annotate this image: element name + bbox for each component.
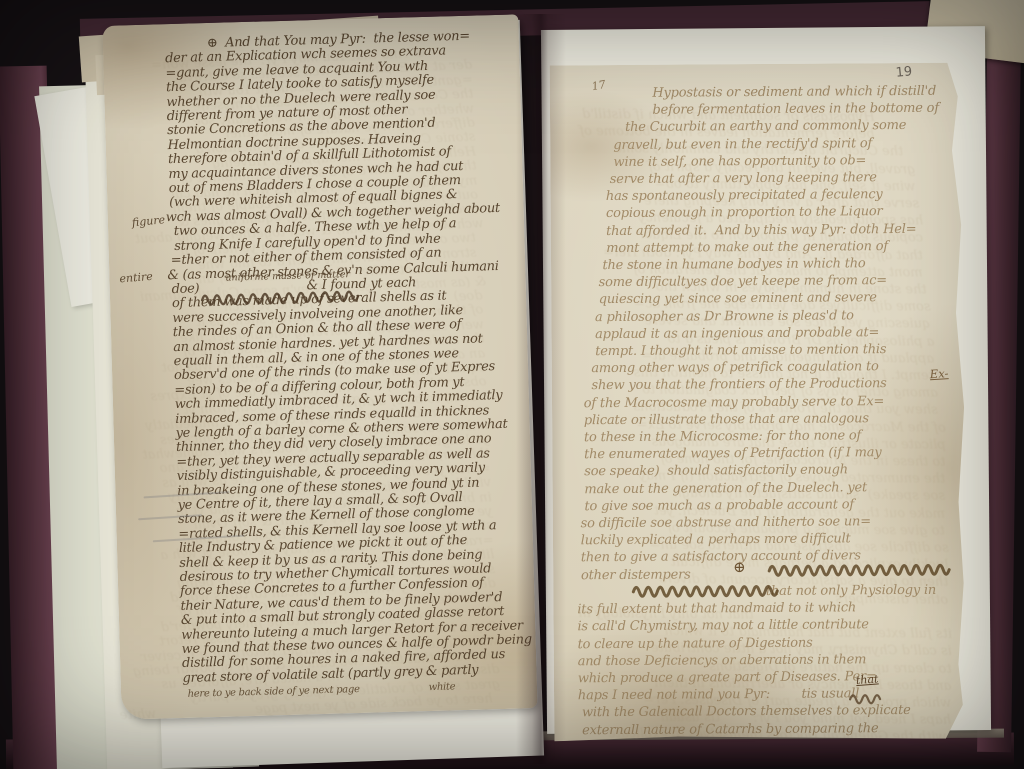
deletion-scribble <box>850 691 884 703</box>
manuscript-page-left: ⊕ And that You may Pyr: the lesse won= d… <box>102 14 537 719</box>
margin-note-ex: Ex- <box>929 366 948 381</box>
manuscript-text-left: ⊕ And that You may Pyr: the lesse won= d… <box>161 28 531 702</box>
manuscript-line: with the Galenicall Doctors themselves t… <box>570 702 966 722</box>
manuscript-line: that afforded it. And by this way Pyr: d… <box>567 220 963 240</box>
margin-note-entire: entire <box>119 270 153 286</box>
manuscript-page-right: Hypostasis or sediment and which if dist… <box>550 63 967 742</box>
manuscript-text-right: Hypostasis or sediment and which if dist… <box>566 83 967 739</box>
folio-number: 17 <box>591 78 607 93</box>
circled-cross-icon: ⊕ <box>733 558 746 576</box>
manuscript-line: the Cucurbit an earthy and commonly some <box>566 117 962 137</box>
page-number: 19 <box>895 64 913 80</box>
interline-correction: that <box>855 672 878 687</box>
photo-background: ⊕ And that You may Pyr: the lesse won= d… <box>0 0 1024 769</box>
deletion-scribble <box>769 561 955 576</box>
manuscript-line: externall nature of Catarrhs by comparin… <box>570 719 966 739</box>
deletion-scribble <box>633 582 783 597</box>
margin-note-figure: figure <box>131 213 165 229</box>
